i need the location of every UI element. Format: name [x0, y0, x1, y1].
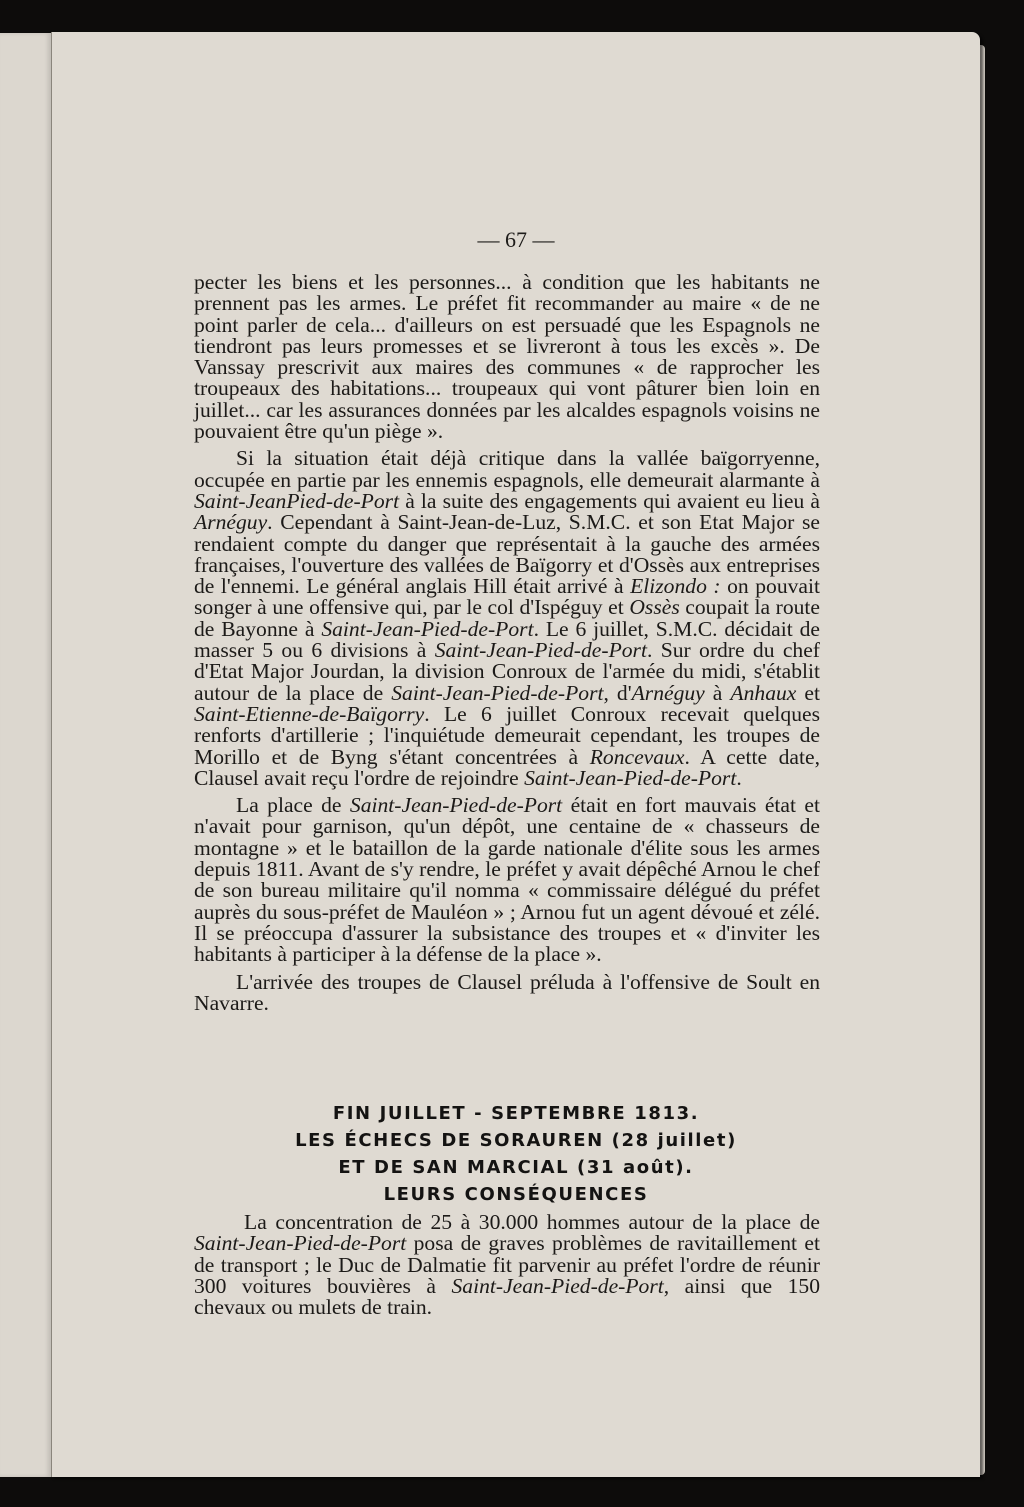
page-number: — 67 —	[52, 227, 980, 253]
book-page: — 67 — pecter les biens et les personnes…	[51, 32, 980, 1477]
italic-place-name: Saint-Jean-Pied-de-Port	[451, 1274, 663, 1298]
heading-line: ET DE SAN MARCIAL (31 août).	[52, 1154, 980, 1181]
paragraph: La place de Saint-Jean-Pied-de-Port étai…	[194, 795, 820, 965]
italic-place-name: Saint-Jean-Pied-de-Port	[524, 766, 736, 790]
text-run: Si la situation était déjà critique dans…	[194, 446, 820, 491]
body-text: pecter les biens et les personnes... à c…	[194, 272, 820, 1020]
section-heading: FIN JUILLET - SEPTEMBRE 1813. LES ÉCHECS…	[52, 1100, 980, 1208]
heading-line: LES ÉCHECS DE SORAUREN (28 juillet)	[52, 1127, 980, 1154]
section-body-text: La concentration de 25 à 30.000 hommes a…	[194, 1212, 820, 1318]
paragraph: L'arrivée des troupes de Clausel préluda…	[194, 972, 820, 1015]
text-run: pecter les biens et les personnes... à c…	[194, 270, 820, 443]
text-run: était en fort mauvais état et n'avait po…	[194, 793, 820, 966]
paragraph: pecter les biens et les personnes... à c…	[194, 272, 820, 442]
closing-paragraph: La concentration de 25 à 30.000 hommes a…	[194, 1212, 820, 1318]
text-run: .	[736, 766, 741, 790]
text-run: L'arrivée des troupes de Clausel préluda…	[194, 970, 820, 1015]
paragraph: Si la situation était déjà critique dans…	[194, 448, 820, 789]
facing-page-edge	[0, 33, 51, 1477]
heading-line: LEURS CONSÉQUENCES	[52, 1181, 980, 1208]
heading-line: FIN JUILLET - SEPTEMBRE 1813.	[52, 1100, 980, 1127]
